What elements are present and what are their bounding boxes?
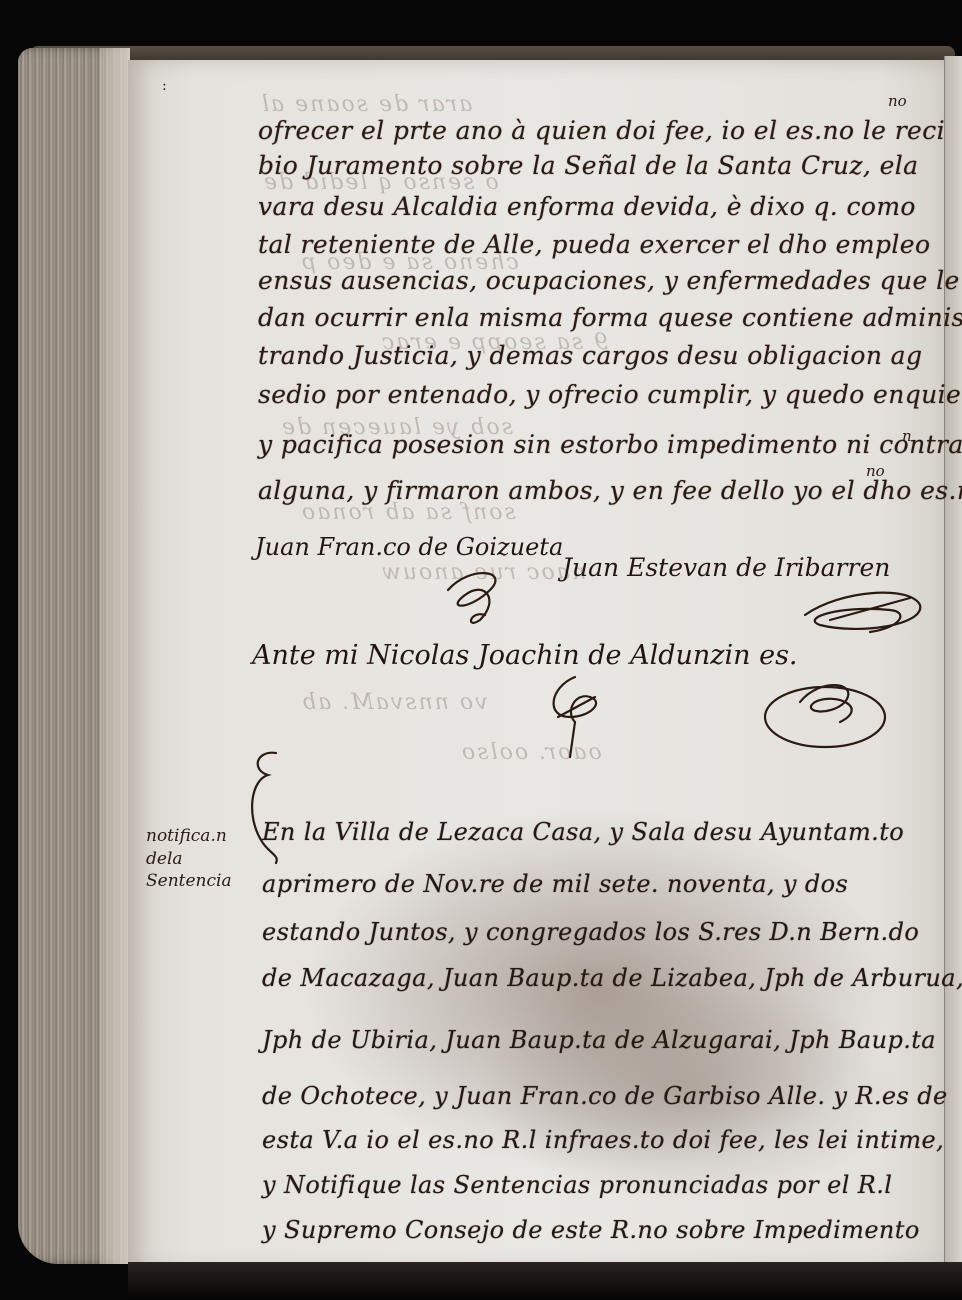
text-line: vara desu Alcaldia enforma devida, è dix… (258, 194, 918, 219)
text-line: y Supremo Consejo de este R.no sobre Imp… (262, 1218, 922, 1242)
text-line: de Macazaga, Juan Baup.ta de Lizabea, Jp… (262, 966, 922, 990)
margin-note-line: notifica.n (146, 828, 227, 845)
decorative-initial-e (246, 745, 286, 865)
text-line: sedio por entenado, y ofrecio cumplir, y… (258, 382, 918, 407)
notary-attestation: Ante mi Nicolas Joachin de Aldunzin es. (252, 640, 798, 671)
notary-flourish-right (760, 672, 900, 752)
signature-flourish-right (800, 580, 930, 650)
text-line: estando Juntos, y congregados los S.res … (262, 920, 922, 944)
text-line: alguna, y firmaron ambos, y en fee dello… (258, 478, 918, 503)
text-line: ensus ausencias, ocupaciones, y enfermed… (258, 268, 918, 293)
page-bottom-shadow (128, 1262, 962, 1300)
bleed-through-text: arar de soane al (260, 92, 472, 117)
signature-right: Juan Estevan de Iribarren (562, 553, 890, 582)
signature-flourish-left (440, 560, 520, 630)
text-line: ofrecer el prte ano à quien doi fee, io … (258, 118, 918, 143)
superscript: no (888, 92, 907, 110)
bleed-through-text: vo nnsvaM. ab (300, 690, 488, 715)
text-line: trando Justicia, y demas cargos desu obl… (258, 343, 918, 368)
text-line: de Ochotece, y Juan Fran.co de Garbiso A… (262, 1084, 922, 1108)
text-line: y Notifique las Sentencias pronunciadas … (262, 1173, 922, 1197)
text-line: Jph de Ubiria, Juan Baup.ta de Alzugarai… (262, 1028, 922, 1052)
page-stack-edge (18, 48, 130, 1264)
superscript: no (866, 462, 885, 480)
text-line: bio Juramento sobre la Señal de la Santa… (258, 153, 918, 178)
text-line: y pacifica posesion sin estorbo impedime… (258, 432, 918, 457)
text-line: aprimero de Nov.re de mil sete. noventa,… (262, 872, 922, 896)
notary-flourish-center (540, 672, 610, 762)
text-line: dan ocurrir enla misma forma quese conti… (258, 305, 918, 330)
folio-mark: : (162, 78, 167, 94)
signature-left: Juan Fran.co de Goizueta (255, 533, 563, 561)
margin-note-line: dela (146, 851, 183, 868)
margin-note-line: Sentencia (146, 873, 232, 890)
text-line: tal reteniente de Alle, pueda exercer el… (258, 232, 918, 257)
text-line: En la Villa de Lezaca Casa, y Sala desu … (262, 820, 922, 844)
text-line: esta V.a io el es.no R.l infraes.to doi … (262, 1128, 922, 1152)
